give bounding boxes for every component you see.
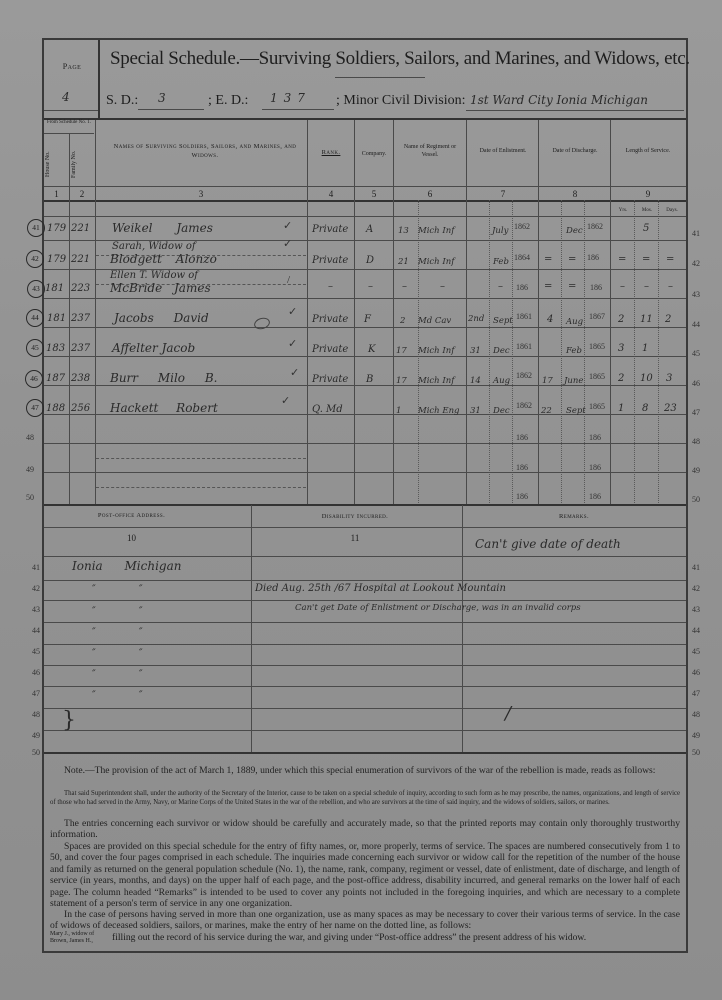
row-44-rank: Private — [312, 314, 348, 325]
disability-row-43: Can't get Date of Enlistment or Discharg… — [295, 603, 581, 613]
row-42-widow: Sarah, Widow of — [112, 241, 196, 252]
row-45-dis-month: Feb — [566, 346, 582, 356]
address-row-45: ″ ″ — [92, 648, 143, 659]
col-line — [354, 120, 355, 505]
note-paragraph-2: That said Superintendent shall, under th… — [50, 790, 680, 807]
col-line — [95, 120, 96, 505]
col-num-4: 4 — [310, 189, 352, 199]
mcd-label: ; Minor Civil Division: — [336, 93, 466, 109]
row-45-company: K — [368, 344, 375, 355]
col-line — [489, 200, 490, 505]
check-mark-icon: ✓ — [281, 394, 290, 407]
row-42-rank: Private — [312, 255, 348, 266]
rank-header: Rank. — [310, 148, 352, 157]
row-45-regiment: Mich Inf — [418, 346, 454, 356]
row-47-mos: 8 — [642, 403, 648, 414]
row-44-dis-day: 4 — [547, 314, 553, 325]
column-header-rule — [44, 200, 686, 202]
row-41-company: A — [366, 224, 373, 235]
row-44-yrs: 2 — [618, 314, 624, 325]
row-42-company: D — [366, 255, 374, 266]
row-47-yrs: 1 — [618, 403, 624, 414]
check-mark-icon: ✓ — [288, 305, 297, 318]
check-mark-icon: ✓ — [283, 219, 292, 232]
lower-row-50-number: 50 — [32, 748, 40, 757]
row-44-margin-number: 44 — [692, 320, 700, 329]
lower-row-46-number: 46 — [32, 668, 40, 677]
row-45-circled-number: 45 — [26, 339, 44, 357]
check-mark-icon: ✓ — [283, 237, 292, 250]
col-line — [584, 200, 585, 505]
row-45-enl-day: 31 — [470, 346, 481, 356]
row-43-enl-year: 186 — [516, 283, 528, 292]
widow-dotted-line — [96, 487, 306, 488]
row-45-enl-year: 1861 — [516, 342, 532, 351]
house-no-header: House No. — [44, 140, 69, 188]
remarks-header: Remarks. — [465, 512, 683, 521]
note-example: Mary J., widow of Brown, James H., — [50, 931, 94, 945]
col-num-6: 6 — [396, 189, 464, 199]
row-rule — [44, 443, 686, 444]
row-47-name: Hackett Robert — [110, 401, 218, 415]
col-num-8: 8 — [540, 189, 610, 199]
row-44-house: 181 — [47, 313, 66, 324]
row-43-days: – — [668, 281, 673, 292]
row-45-margin-number: 45 — [692, 349, 700, 358]
row-44-reg-no: 2 — [400, 316, 405, 326]
col-num-10: 10 — [44, 533, 219, 543]
row-44-enl-day: 2nd — [468, 314, 484, 324]
col-line — [393, 120, 394, 505]
row-41-mos: 5 — [643, 223, 649, 234]
address-row-42: ″ ″ — [92, 584, 143, 595]
days-header: Days. — [660, 207, 684, 215]
lower-bottom-rule — [44, 752, 686, 754]
row-rule — [44, 216, 686, 217]
row-45-family: 237 — [71, 343, 90, 354]
row-46-margin-number: 46 — [692, 379, 700, 388]
row-42-dis-month: = — [568, 254, 576, 265]
col-line — [610, 120, 611, 505]
row-47-rank: Q. Md — [312, 404, 343, 415]
row-49-enl-year: 186 — [516, 463, 528, 472]
row-45-reg-no: 17 — [396, 346, 407, 356]
col-num-3: 3 — [96, 189, 306, 199]
lower-row-44-number: 44 — [32, 626, 40, 635]
row-48-dis-year: 186 — [589, 433, 601, 442]
row-47-enl-day: 31 — [470, 406, 481, 416]
row-41-dis-year: 1862 — [587, 222, 603, 231]
row-43-reg-no: – — [402, 281, 407, 292]
ed-underline — [262, 109, 334, 110]
row-47-enl-month: Dec — [493, 406, 510, 416]
row-43-house: 181 — [45, 283, 64, 294]
row-49-dis-year: 186 — [589, 463, 601, 472]
row-42-name: Blodgett Alonzo — [110, 252, 217, 266]
col-num-9: 9 — [612, 189, 684, 199]
lower-row-rule — [44, 580, 686, 581]
lower-row-42-number: 42 — [32, 584, 40, 593]
row-41-family: 221 — [71, 223, 90, 234]
row-47-margin-number: 47 — [692, 408, 700, 417]
row-41-name: Weikel James — [112, 221, 213, 235]
family-no-header: Family No. — [70, 140, 94, 188]
row-45-yrs: 3 — [618, 343, 624, 354]
disability-header: Disability Incurred. — [255, 512, 455, 521]
row-43-dis-day: = — [544, 281, 552, 292]
lower-row-48-number: 48 — [32, 710, 40, 719]
row-47-dis-year: 1865 — [589, 402, 605, 411]
row-41-dis-month: Dec — [566, 226, 583, 236]
note-3-text: The entries concerning each survivor or … — [50, 818, 680, 840]
service-header: Length of Service. — [612, 147, 684, 155]
row-46-enl-month: Aug — [493, 376, 510, 386]
row-46-rank: Private — [312, 374, 348, 385]
lower-row-rule — [44, 600, 686, 601]
row-45-dis-year: 1865 — [589, 342, 605, 351]
lower-row-rule — [44, 644, 686, 645]
note-paragraph-5: In the case of persons having served in … — [50, 909, 680, 932]
enlistment-header: Date of Enlistment. — [468, 147, 538, 155]
col-line — [69, 133, 70, 505]
page-title: Special Schedule.—Surviving Soldiers, Sa… — [110, 48, 690, 70]
sd-label: S. D.: — [106, 93, 138, 109]
address-row-46: ″ ″ — [92, 669, 143, 680]
row-47-dis-month: Sept — [566, 406, 586, 416]
row-rule — [44, 385, 686, 386]
row-43-circled-number: 43 — [27, 280, 45, 298]
row-44-circled-number: 44 — [26, 309, 44, 327]
row-42-mos: = — [642, 254, 650, 265]
row-49-number: 49 — [26, 465, 34, 474]
lower-row-43-number: 43 — [32, 605, 40, 614]
row-42-circled-number: 42 — [26, 250, 44, 268]
row-48-enl-year: 186 — [516, 433, 528, 442]
lower-row-41-number: 41 — [32, 563, 40, 572]
row-43-dis-month: = — [568, 281, 576, 292]
row-45-mos: 1 — [642, 343, 648, 354]
row-44-enl-month: Sept — [493, 316, 513, 326]
header-rule — [44, 118, 686, 120]
widow-dotted-line — [96, 458, 306, 459]
row-42-margin-number: 42 — [692, 259, 700, 268]
row-44-regiment: Md Cav — [418, 316, 451, 326]
lower-row-49-number: 49 — [32, 731, 40, 740]
row-50-dis-year: 186 — [589, 492, 601, 501]
regiment-header: Name of Regiment or Vessel. — [396, 143, 464, 159]
row-48-number: 48 — [26, 433, 34, 442]
row-42-enl-month: Feb — [493, 257, 509, 267]
note-paragraph-3: The entries concerning each survivor or … — [50, 818, 680, 841]
mcd-value: 1st Ward City Ionia Michigan — [470, 93, 648, 107]
row-46-dis-month: June — [564, 376, 583, 386]
row-44-company: F — [364, 314, 371, 325]
row-46-days: 3 — [666, 373, 672, 384]
page-number-line — [44, 110, 98, 111]
row-42-house: 179 — [47, 254, 66, 265]
row-41-house: 179 — [47, 223, 66, 234]
row-50-margin-number: 50 — [692, 495, 700, 504]
lower-row-rule — [44, 556, 686, 557]
lower-row-rule — [44, 665, 686, 666]
check-mark-icon: ✓ — [288, 337, 297, 350]
row-43-name: McBride James — [110, 281, 211, 295]
row-45-house: 183 — [46, 343, 65, 354]
sd-value: 3 — [158, 91, 166, 105]
address-row-41: Ionia Michigan — [72, 559, 181, 573]
row-47-days: 23 — [664, 403, 677, 414]
row-46-circled-number: 46 — [25, 370, 43, 388]
from-schedule-label: From Schedule No. 1. — [44, 120, 94, 126]
row-42-dis-day: = — [544, 254, 552, 265]
row-rule — [44, 472, 686, 473]
row-47-reg-no: 1 — [396, 406, 401, 416]
remarks-slash-mark: / — [505, 703, 511, 724]
note-1-text: Note.—The provision of the act of March … — [50, 765, 655, 776]
row-42-yrs: = — [618, 254, 626, 265]
bracket-mark: } — [62, 708, 76, 733]
row-46-dis-year: 1865 — [589, 372, 605, 381]
lower-row-49-margin: 49 — [692, 731, 700, 740]
row-46-enl-day: 14 — [470, 376, 481, 386]
lower-row-48-margin: 48 — [692, 710, 700, 719]
row-46-enl-year: 1862 — [516, 371, 532, 380]
row-46-dis-day: 17 — [542, 376, 553, 386]
row-41-enl-month: July — [492, 226, 508, 236]
row-49-margin-number: 49 — [692, 466, 700, 475]
col-num-11: 11 — [255, 533, 455, 543]
row-42-enl-year: 1864 — [514, 253, 530, 262]
note-paragraph-4: Spaces are provided on this special sche… — [50, 841, 680, 909]
row-46-family: 238 — [71, 373, 90, 384]
note-5-tail: filling out the record of his service du… — [112, 932, 682, 943]
row-43-enl-month: – — [498, 281, 503, 292]
row-46-regiment: Mich Inf — [418, 376, 454, 386]
column-number-rule-top — [44, 186, 686, 187]
row-44-enl-year: 1861 — [516, 312, 532, 321]
row-47-regiment: Mich Eng — [418, 406, 459, 416]
row-43-widow: Ellen T. Widow of — [110, 270, 198, 281]
lower-row-45-number: 45 — [32, 647, 40, 656]
page-number: 4 — [62, 90, 70, 104]
lower-row-43-margin: 43 — [692, 605, 700, 614]
address-row-47: ″ ″ — [92, 690, 143, 701]
row-45-name: Affelter Jacob — [112, 341, 195, 355]
row-47-dis-day: 22 — [541, 406, 552, 416]
row-44-family: 237 — [71, 313, 90, 324]
lower-row-44-margin: 44 — [692, 626, 700, 635]
row-50-enl-year: 186 — [516, 492, 528, 501]
row-43-rank: – — [328, 281, 333, 292]
lower-row-50-margin: 50 — [692, 748, 700, 757]
row-47-family: 256 — [71, 403, 90, 414]
row-rule — [44, 298, 686, 299]
col-line — [538, 120, 539, 505]
row-50-number: 50 — [26, 493, 34, 502]
note-example-bottom: Brown, James H., — [50, 938, 94, 945]
ed-value: 137 — [270, 91, 311, 105]
lower-row-45-margin: 45 — [692, 647, 700, 656]
col-line — [634, 200, 635, 505]
row-43-dis-year: 186 — [590, 283, 602, 292]
lower-row-46-margin: 46 — [692, 668, 700, 677]
row-47-house: 188 — [46, 403, 65, 414]
row-42-days: = — [666, 254, 674, 265]
col-line — [466, 120, 467, 505]
lower-row-rule — [44, 686, 686, 687]
col-line — [251, 505, 252, 753]
row-43-margin-number: 43 — [692, 290, 700, 299]
row-43-company: – — [368, 281, 373, 292]
row-41-rank: Private — [312, 224, 348, 235]
lower-row-41-margin: 41 — [692, 563, 700, 572]
row-44-days: 2 — [665, 314, 671, 325]
note-5-text: In the case of persons having served in … — [50, 909, 680, 931]
row-46-yrs: 2 — [618, 373, 624, 384]
check-mark-icon: ✓ — [290, 366, 299, 379]
row-44-mos: 11 — [640, 314, 653, 325]
check-mark-icon: / — [287, 274, 290, 286]
note-example-top: Mary J., widow of — [50, 931, 94, 938]
col-line — [658, 200, 659, 505]
row-46-company: B — [366, 374, 373, 385]
row-rule — [44, 327, 686, 328]
note-2-text: That said Superintendent shall, under th… — [50, 790, 680, 806]
lower-row-rule — [44, 622, 686, 623]
address-row-43: ″ ″ — [92, 606, 143, 617]
row-41-reg-no: 13 — [398, 226, 409, 236]
row-44-dis-year: 1867 — [589, 312, 605, 321]
address-row-44: ″ ″ — [92, 627, 143, 638]
lower-row-42-margin: 42 — [692, 584, 700, 593]
company-header: Company. — [356, 150, 392, 158]
lower-row-47-number: 47 — [32, 689, 40, 698]
row-48-margin-number: 48 — [692, 437, 700, 446]
title-underline — [335, 77, 425, 78]
col-num-7: 7 — [468, 189, 538, 199]
row-41-circled-number: 41 — [27, 219, 45, 237]
ed-label: ; E. D.: — [208, 93, 248, 109]
row-43-family: 223 — [71, 283, 90, 294]
row-42-family: 221 — [71, 254, 90, 265]
col-num-2: 2 — [70, 189, 94, 199]
row-43-mos: – — [644, 281, 649, 292]
page-label: Page — [50, 62, 94, 71]
row-41-margin-number: 41 — [692, 229, 700, 238]
lower-header-rule — [44, 527, 686, 528]
row-41-regiment: Mich Inf — [418, 226, 454, 236]
col-line — [512, 200, 513, 505]
row-41-enl-year: 1862 — [514, 222, 530, 231]
upper-section-bottom-rule — [44, 504, 686, 506]
sd-underline — [138, 109, 204, 110]
row-47-circled-number: 47 — [26, 399, 44, 417]
note-paragraph-1: Note.—The provision of the act of March … — [50, 765, 680, 776]
names-header: Names of Surviving Soldiers, Sailors, an… — [110, 142, 300, 160]
col-num-1: 1 — [44, 189, 69, 199]
row-43-regiment: – — [440, 281, 445, 292]
remarks-top-note: Can't give date of death — [475, 537, 621, 551]
discharge-header: Date of Discharge. — [540, 147, 610, 155]
row-42-dis-year: 186 — [587, 253, 599, 262]
yrs-header: Yrs. — [612, 207, 634, 215]
row-43-yrs: – — [620, 281, 625, 292]
lower-row-rule — [44, 708, 686, 709]
row-44-dis-month: Aug — [566, 317, 583, 327]
post-office-header: Post-office Address. — [44, 511, 219, 520]
row-42-regiment: Mich Inf — [418, 257, 454, 267]
census-page: Page 4 Special Schedule.—Surviving Soldi… — [0, 0, 722, 1000]
row-46-mos: 10 — [640, 373, 653, 384]
row-46-reg-no: 17 — [396, 376, 407, 386]
col-line — [307, 120, 308, 505]
row-42-reg-no: 21 — [398, 257, 409, 267]
row-46-house: 187 — [46, 373, 65, 384]
lower-row-rule — [44, 730, 686, 731]
page-box-divider — [98, 40, 100, 118]
col-line — [561, 200, 562, 505]
col-num-5: 5 — [356, 189, 392, 199]
disability-row-42: Died Aug. 25th /67 Hospital at Lookout M… — [255, 583, 506, 594]
row-46-name: Burr Milo B. — [110, 371, 217, 385]
row-44-name: Jacobs David — [114, 311, 209, 325]
row-47-enl-year: 1862 — [516, 401, 532, 410]
row-rule — [44, 356, 686, 357]
note-4-text: Spaces are provided on this special sche… — [50, 841, 680, 909]
row-45-enl-month: Dec — [493, 346, 510, 356]
mos-header: Mos. — [636, 207, 658, 215]
col-line — [462, 505, 463, 753]
mcd-underline — [466, 110, 684, 111]
row-45-rank: Private — [312, 344, 348, 355]
lower-row-47-margin: 47 — [692, 689, 700, 698]
